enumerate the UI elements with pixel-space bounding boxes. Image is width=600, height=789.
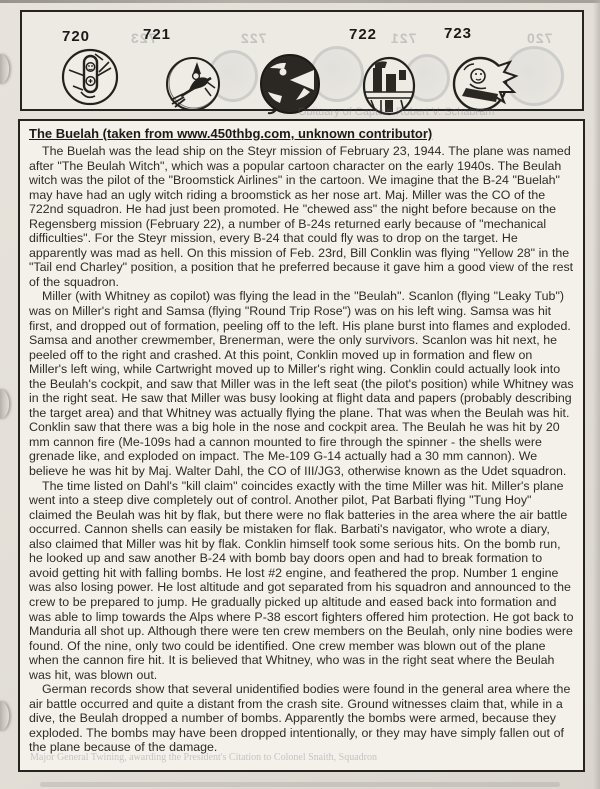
patch-number-721: 721 xyxy=(143,26,171,43)
patch-number-723: 723 xyxy=(444,25,472,42)
binder-hole-middle xyxy=(0,389,9,419)
scan-top-edge xyxy=(0,0,600,3)
patch-number-722: 722 xyxy=(349,26,377,43)
squadron-patch-720-icon xyxy=(59,46,121,108)
article-title: The Buelah (taken from www.450thbg.com, … xyxy=(29,126,574,142)
scanned-document-page: { "header_strip": { "patch_numbers": ["7… xyxy=(0,0,600,789)
article-paragraph-2: Miller (with Whitney as copilot) was fly… xyxy=(29,289,574,478)
scan-bottom-smudge xyxy=(40,782,560,787)
ghost-caption-line: Major General Twining, awarding the Pres… xyxy=(30,752,570,763)
squadron-patch-721-icon xyxy=(163,52,223,114)
article-box: The Buelah (taken from www.450thbg.com, … xyxy=(18,119,585,772)
ghost-number-722: 722 xyxy=(240,30,266,46)
article-paragraph-1: The Buelah was the lead ship on the Stey… xyxy=(29,144,574,289)
binder-hole-bottom xyxy=(0,701,9,731)
article-paragraph-3: The time listed on Dahl's "kill claim" c… xyxy=(29,479,574,683)
ghost-obituary-line: Obituary of Captain Robert V. Schabram xyxy=(298,106,568,118)
article-paragraph-4: German records show that several unident… xyxy=(29,682,574,755)
patch-number-720: 720 xyxy=(62,28,90,45)
ghost-number-721: 721 xyxy=(390,30,416,46)
ghost-number-720: 720 xyxy=(526,30,552,46)
squadron-patch-strip: 723 722 721 720 720 721 722 723 xyxy=(20,10,584,111)
binder-hole-top xyxy=(0,54,9,84)
scan-right-edge xyxy=(593,0,600,789)
